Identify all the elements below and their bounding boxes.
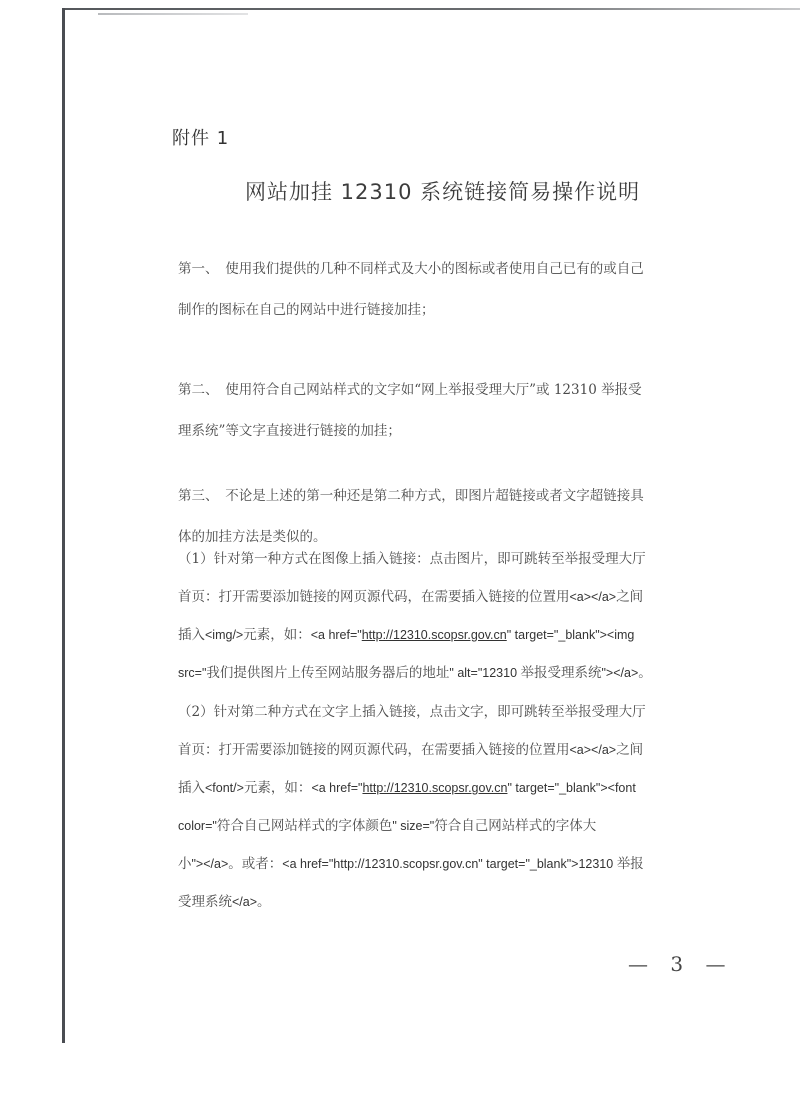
paragraph-first: 第一、 使用我们提供的几种不同样式及大小的图标或者使用自己已有的或自己 制作的图… <box>178 249 678 331</box>
paragraph-line: src="我们提供图片上传至网站服务器后的地址" alt="12310 举报受理… <box>178 654 678 692</box>
paragraph-line: 首页：打开需要添加链接的网页源代码，在需要插入链接的位置用<a></a>之间 <box>178 578 678 616</box>
paragraph-text-link-method: （2）针对第二种方式在文字上插入链接，点击文字，即可跳转至举报受理大厅 首页：打… <box>178 693 678 921</box>
paragraph-line: 插入<font/>元素，如：<a href="http://12310.scop… <box>178 769 678 807</box>
paragraph-line: 小"></a>。或者：<a href="http://12310.scopsr.… <box>178 845 678 883</box>
code-snippet: <a href=" <box>311 781 362 795</box>
text-segment: 小 <box>178 856 192 872</box>
code-snippet: " target="_blank"><font <box>507 781 635 795</box>
attachment-label: 附件 1 <box>172 124 229 150</box>
code-snippet: <a href=" <box>311 628 362 642</box>
code-snippet: " target="_blank"><img <box>507 628 635 642</box>
code-snippet: <a></a> <box>570 590 617 604</box>
paragraph-line: 第三、 不论是上述的第一种还是第二种方式，即图片超链接或者文字超链接具 <box>178 476 678 517</box>
text-segment: 之间 <box>616 589 643 605</box>
code-snippet: <a href="http://12310.scopsr.gov.cn" tar… <box>282 857 616 871</box>
code-snippet: </a> <box>232 895 257 909</box>
text-segment: 首页：打开需要添加链接的网页源代码，在需要插入链接的位置用 <box>178 589 570 605</box>
paragraph-line: 插入<img/>元素，如：<a href="http://12310.scops… <box>178 616 678 654</box>
paragraph-image-link-method: （1）针对第一种方式在图像上插入链接：点击图片，即可跳转至举报受理大厅 首页：打… <box>178 540 678 692</box>
text-segment: 符合自己网站样式的字体颜色 <box>217 818 393 834</box>
scan-border-top <box>62 8 800 10</box>
code-snippet: "></a> <box>602 666 639 680</box>
scan-border-left <box>62 8 65 1043</box>
text-segment: 元素，如： <box>244 780 312 796</box>
paragraph-line: color="符合自己网站样式的字体颜色" size="符合自己网站样式的字体大 <box>178 807 678 845</box>
text-segment: 。 <box>257 894 271 910</box>
text-segment: 我们提供图片上传至网站服务器后的地址 <box>206 665 449 681</box>
code-snippet: <font/> <box>205 781 244 795</box>
paragraph-line: 第二、 使用符合自己网站样式的文字如“网上举报受理大厅”或 12310 举报受 <box>178 370 678 411</box>
text-segment: 插入 <box>178 780 205 796</box>
paragraph-line: 理系统”等文字直接进行链接的加挂； <box>178 411 678 452</box>
code-snippet: "></a> <box>192 857 229 871</box>
code-snippet: color=" <box>178 819 217 833</box>
paragraph-line: 首页：打开需要添加链接的网页源代码，在需要插入链接的位置用<a></a>之间 <box>178 731 678 769</box>
scan-artifact <box>98 13 248 15</box>
text-segment: 。 <box>638 665 652 681</box>
paragraph-second: 第二、 使用符合自己网站样式的文字如“网上举报受理大厅”或 12310 举报受 … <box>178 370 678 452</box>
code-snippet: src=" <box>178 666 206 680</box>
paragraph-line: 第一、 使用我们提供的几种不同样式及大小的图标或者使用自己已有的或自己 <box>178 249 678 290</box>
text-segment: 举报 <box>617 856 644 872</box>
code-snippet: <a></a> <box>570 743 617 757</box>
code-snippet: <img/> <box>205 628 243 642</box>
paragraph-line: 制作的图标在自己的网站中进行链接加挂； <box>178 290 678 331</box>
paragraph-line: （2）针对第二种方式在文字上插入链接，点击文字，即可跳转至举报受理大厅 <box>178 693 678 731</box>
text-segment: 受理系统 <box>178 894 232 910</box>
text-segment: 举报受理系统 <box>521 665 602 681</box>
code-snippet: " size=" <box>392 819 434 833</box>
paragraph-line: 受理系统</a>。 <box>178 883 678 921</box>
paragraph-line: （1）针对第一种方式在图像上插入链接：点击图片，即可跳转至举报受理大厅 <box>178 540 678 578</box>
code-snippet: " alt="12310 <box>449 666 520 680</box>
document-title: 网站加挂 12310 系统链接简易操作说明 <box>245 176 640 206</box>
text-segment: 符合自己网站样式的字体大 <box>434 818 596 834</box>
hyperlink-url[interactable]: http://12310.scopsr.gov.cn <box>362 781 507 795</box>
hyperlink-url[interactable]: http://12310.scopsr.gov.cn <box>362 628 507 642</box>
text-segment: 首页：打开需要添加链接的网页源代码，在需要插入链接的位置用 <box>178 742 570 758</box>
text-segment: 插入 <box>178 627 205 643</box>
text-segment: 。或者： <box>228 856 282 872</box>
text-segment: 元素，如： <box>243 627 311 643</box>
page-number: — 3 — <box>628 952 733 976</box>
text-segment: 之间 <box>616 742 643 758</box>
